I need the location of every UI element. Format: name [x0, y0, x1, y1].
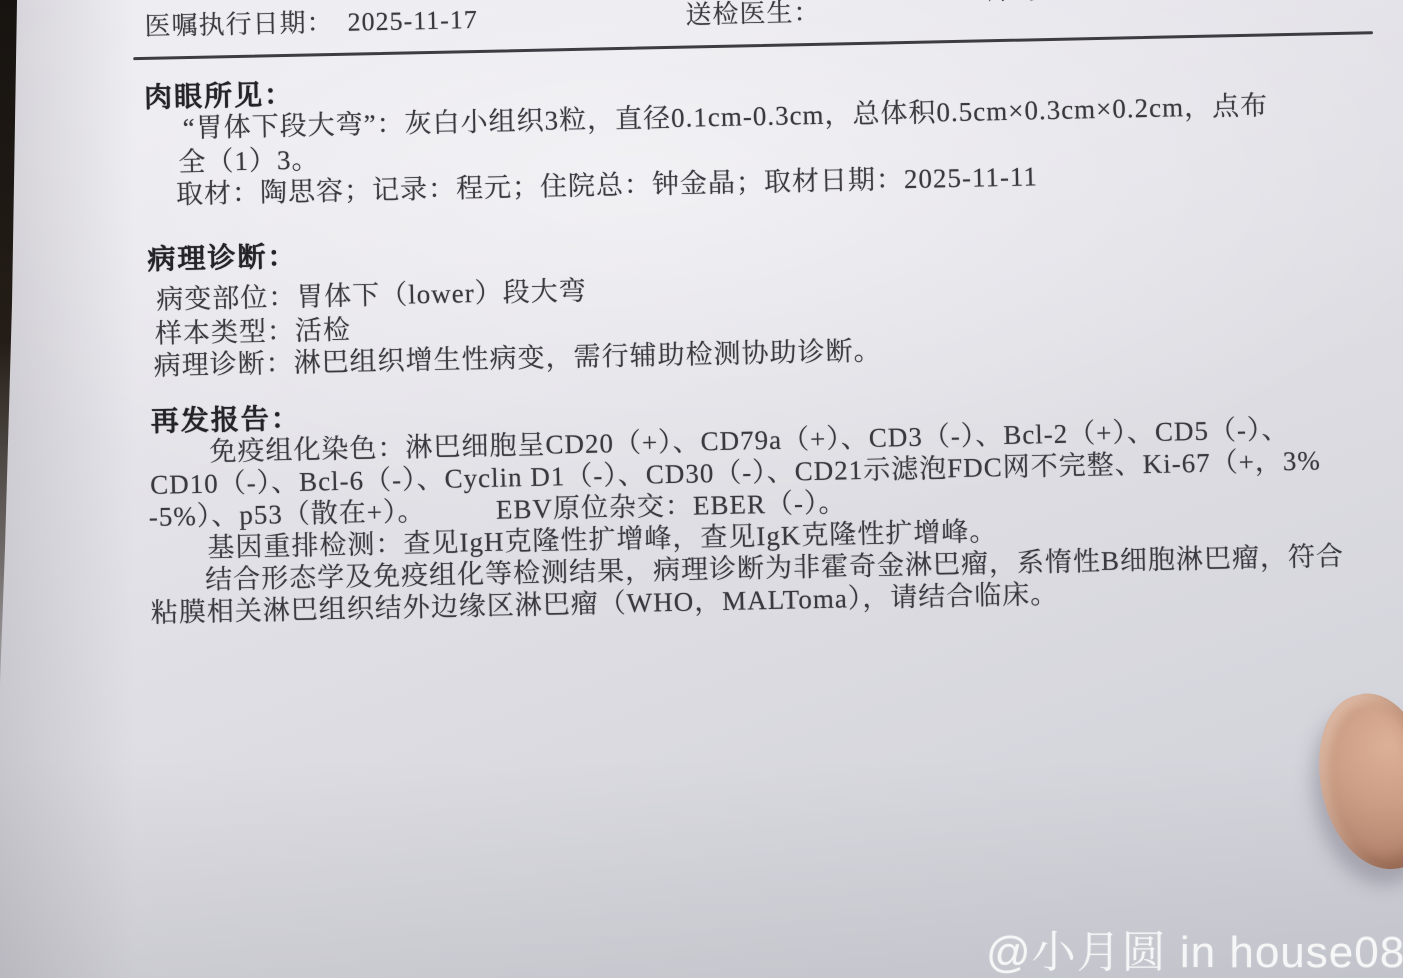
- watermark-text: @小月圆 in house086: [986, 916, 1403, 978]
- exec-date-value: 2025-11-17: [347, 5, 478, 37]
- photo-dark-left-edge: [0, 0, 22, 760]
- exec-date-row: 医嘱执行日期：2025-11-17: [144, 0, 478, 43]
- bed-number-label: 床号：: [988, 0, 1070, 7]
- photo-left-shading: [0, 0, 150, 978]
- photo-of-report: 医嘱执行日期：2025-11-17 送检医生： 床号： 肉眼所见： “胃体下段大…: [0, 0, 1403, 978]
- section-pathological-diagnosis: 病理诊断： 病变部位：胃体下（lower）段大弯 样本类型：活检 病理诊断：淋巴…: [147, 212, 1387, 238]
- referring-doctor-label: 送检医生：: [685, 0, 821, 32]
- diagnosis-title: 病理诊断：: [147, 235, 298, 278]
- pathology-report-document: 医嘱执行日期：2025-11-17 送检医生： 床号： 肉眼所见： “胃体下段大…: [142, 0, 1396, 700]
- fingertip: [1301, 682, 1403, 882]
- exec-date-label: 医嘱执行日期：: [144, 8, 334, 41]
- gross-findings-line: “胃体下段大弯”：灰白小组织3粒，直径0.1cm-0.3cm，总体积0.5cm×…: [182, 83, 1268, 145]
